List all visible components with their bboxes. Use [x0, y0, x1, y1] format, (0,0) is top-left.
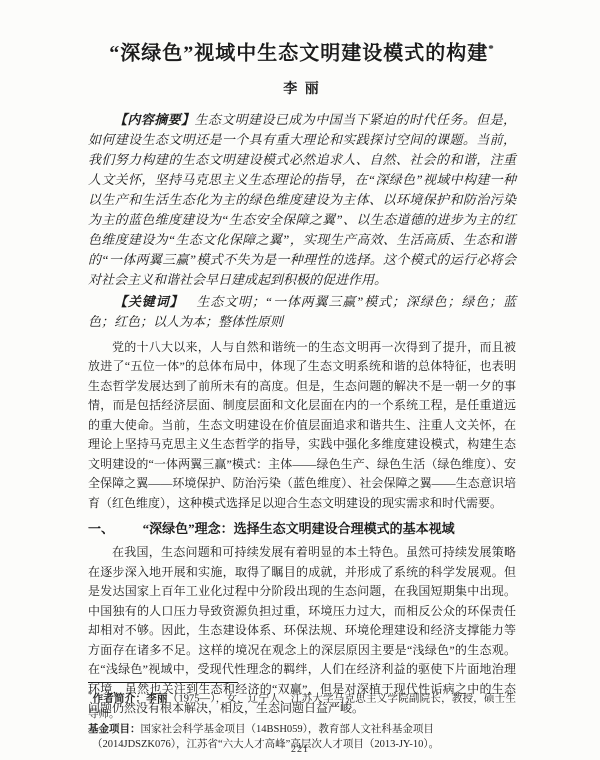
- section-1-heading: 一、“深绿色”理念：选择生态文明建设合理模式的基本视域: [88, 520, 516, 538]
- footnote-block: *作者简介：李丽（1975—），女，辽宁人，江苏大学马克思主义学院副院长，教授，…: [88, 682, 516, 752]
- body-paragraph-1: 党的十八大以来，人与自然和谐统一的生态文明再一次得到了提升，而且被放进了“五位一…: [88, 338, 516, 514]
- footnote-author-name: 李丽: [146, 694, 167, 705]
- page-number: 221: [0, 744, 600, 755]
- footnote-fund-label: 基金项目：: [88, 724, 141, 735]
- footnote-fund-text-1: 国家社会科学基金项目（14BSH059），教育部人文社科基金项目: [141, 724, 434, 735]
- section-1-number: 一、: [88, 521, 114, 536]
- footnote-divider: [88, 682, 238, 683]
- paper-title-text: “深绿色”视域中生态文明建设模式的构建: [109, 43, 488, 65]
- paper-page: “深绿色”视域中生态文明建设模式的构建* 李 丽 【内容摘要】生态文明建设已成为…: [0, 0, 600, 760]
- paper-content: “深绿色”视域中生态文明建设模式的构建* 李 丽 【内容摘要】生态文明建设已成为…: [0, 0, 600, 719]
- abstract-text: 生态文明建设已成为中国当下紧迫的时代任务。但是，如何建设生态文明还是一个具有重大…: [88, 112, 516, 287]
- paper-title: “深绿色”视域中生态文明建设模式的构建*: [88, 36, 516, 67]
- author-name: 李 丽: [88, 78, 516, 98]
- abstract-label: 【内容摘要】: [114, 112, 194, 127]
- footnote-author-line: *作者简介：李丽（1975—），女，辽宁人，江苏大学马克思主义学院副院长，教授，…: [88, 687, 516, 722]
- abstract-paragraph: 【内容摘要】生态文明建设已成为中国当下紧迫的时代任务。但是，如何建设生态文明还是…: [88, 110, 516, 290]
- footnote-author-label: 作者简介：: [92, 694, 146, 705]
- section-1-title: “深绿色”理念：选择生态文明建设合理模式的基本视域: [143, 521, 455, 536]
- keywords-paragraph: 【关键词】生态文明；“一体两翼三赢”模式；深绿色；绿色；蓝色；红色；以人为本；整…: [88, 292, 516, 332]
- title-footnote-marker: *: [488, 43, 495, 55]
- keywords-label: 【关键词】: [114, 294, 183, 309]
